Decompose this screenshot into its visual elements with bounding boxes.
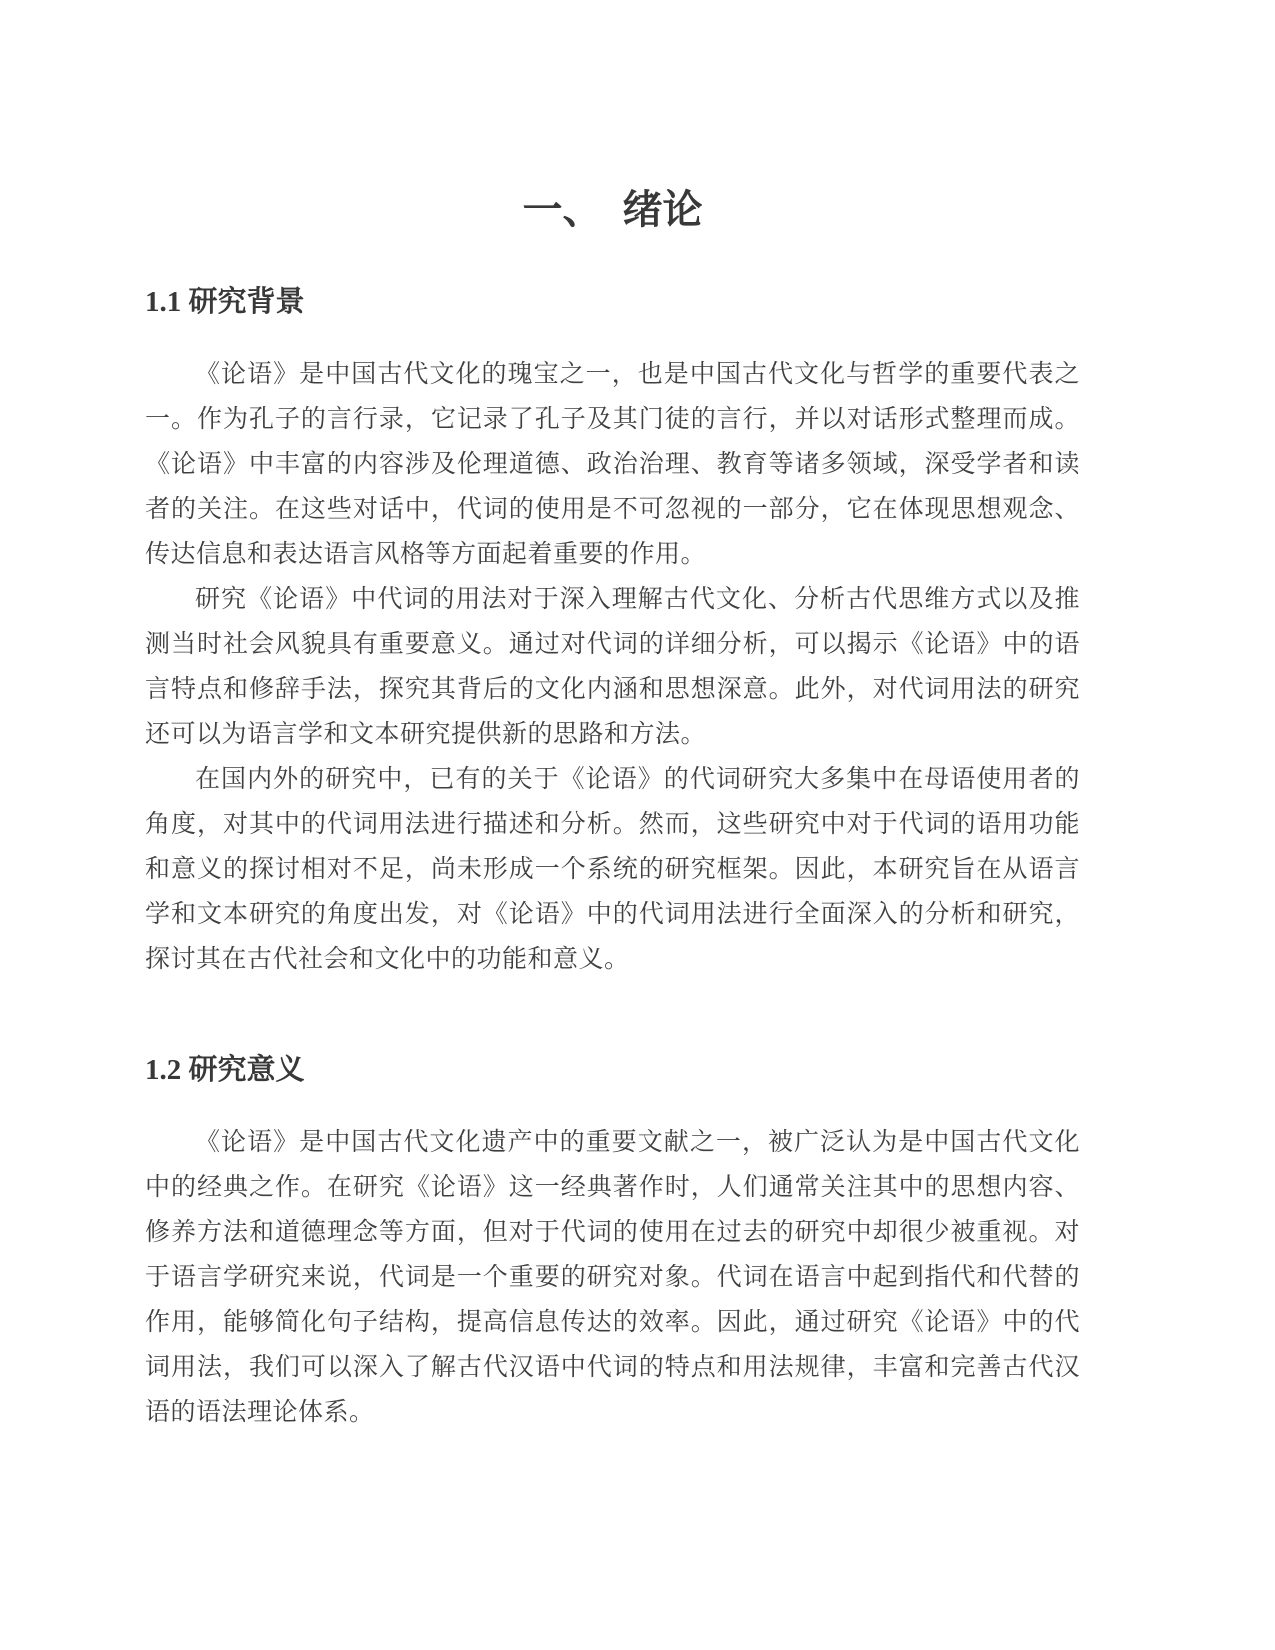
paragraph-research-background-3: 在国内外的研究中，已有的关于《论语》的代词研究大多集中在母语使用者的角度，对其中…	[145, 757, 1080, 982]
paragraph-research-background-2: 研究《论语》中代词的用法对于深入理解古代文化、分析古代思维方式以及推测当时社会风…	[145, 577, 1080, 757]
chapter-title: 一、 绪论	[145, 186, 1080, 234]
section-heading-1-2: 1.2 研究意义	[145, 1052, 1080, 1088]
paragraph-research-background-1: 《论语》是中国古代文化的瑰宝之一，也是中国古代文化与哲学的重要代表之一。作为孔子…	[145, 352, 1080, 577]
document-page: 一、 绪论 1.1 研究背景 《论语》是中国古代文化的瑰宝之一，也是中国古代文化…	[145, 186, 1080, 1435]
paragraph-research-significance-1: 《论语》是中国古代文化遗产中的重要文献之一，被广泛认为是中国古代文化中的经典之作…	[145, 1120, 1080, 1435]
section-heading-1-1: 1.1 研究背景	[145, 284, 1080, 320]
